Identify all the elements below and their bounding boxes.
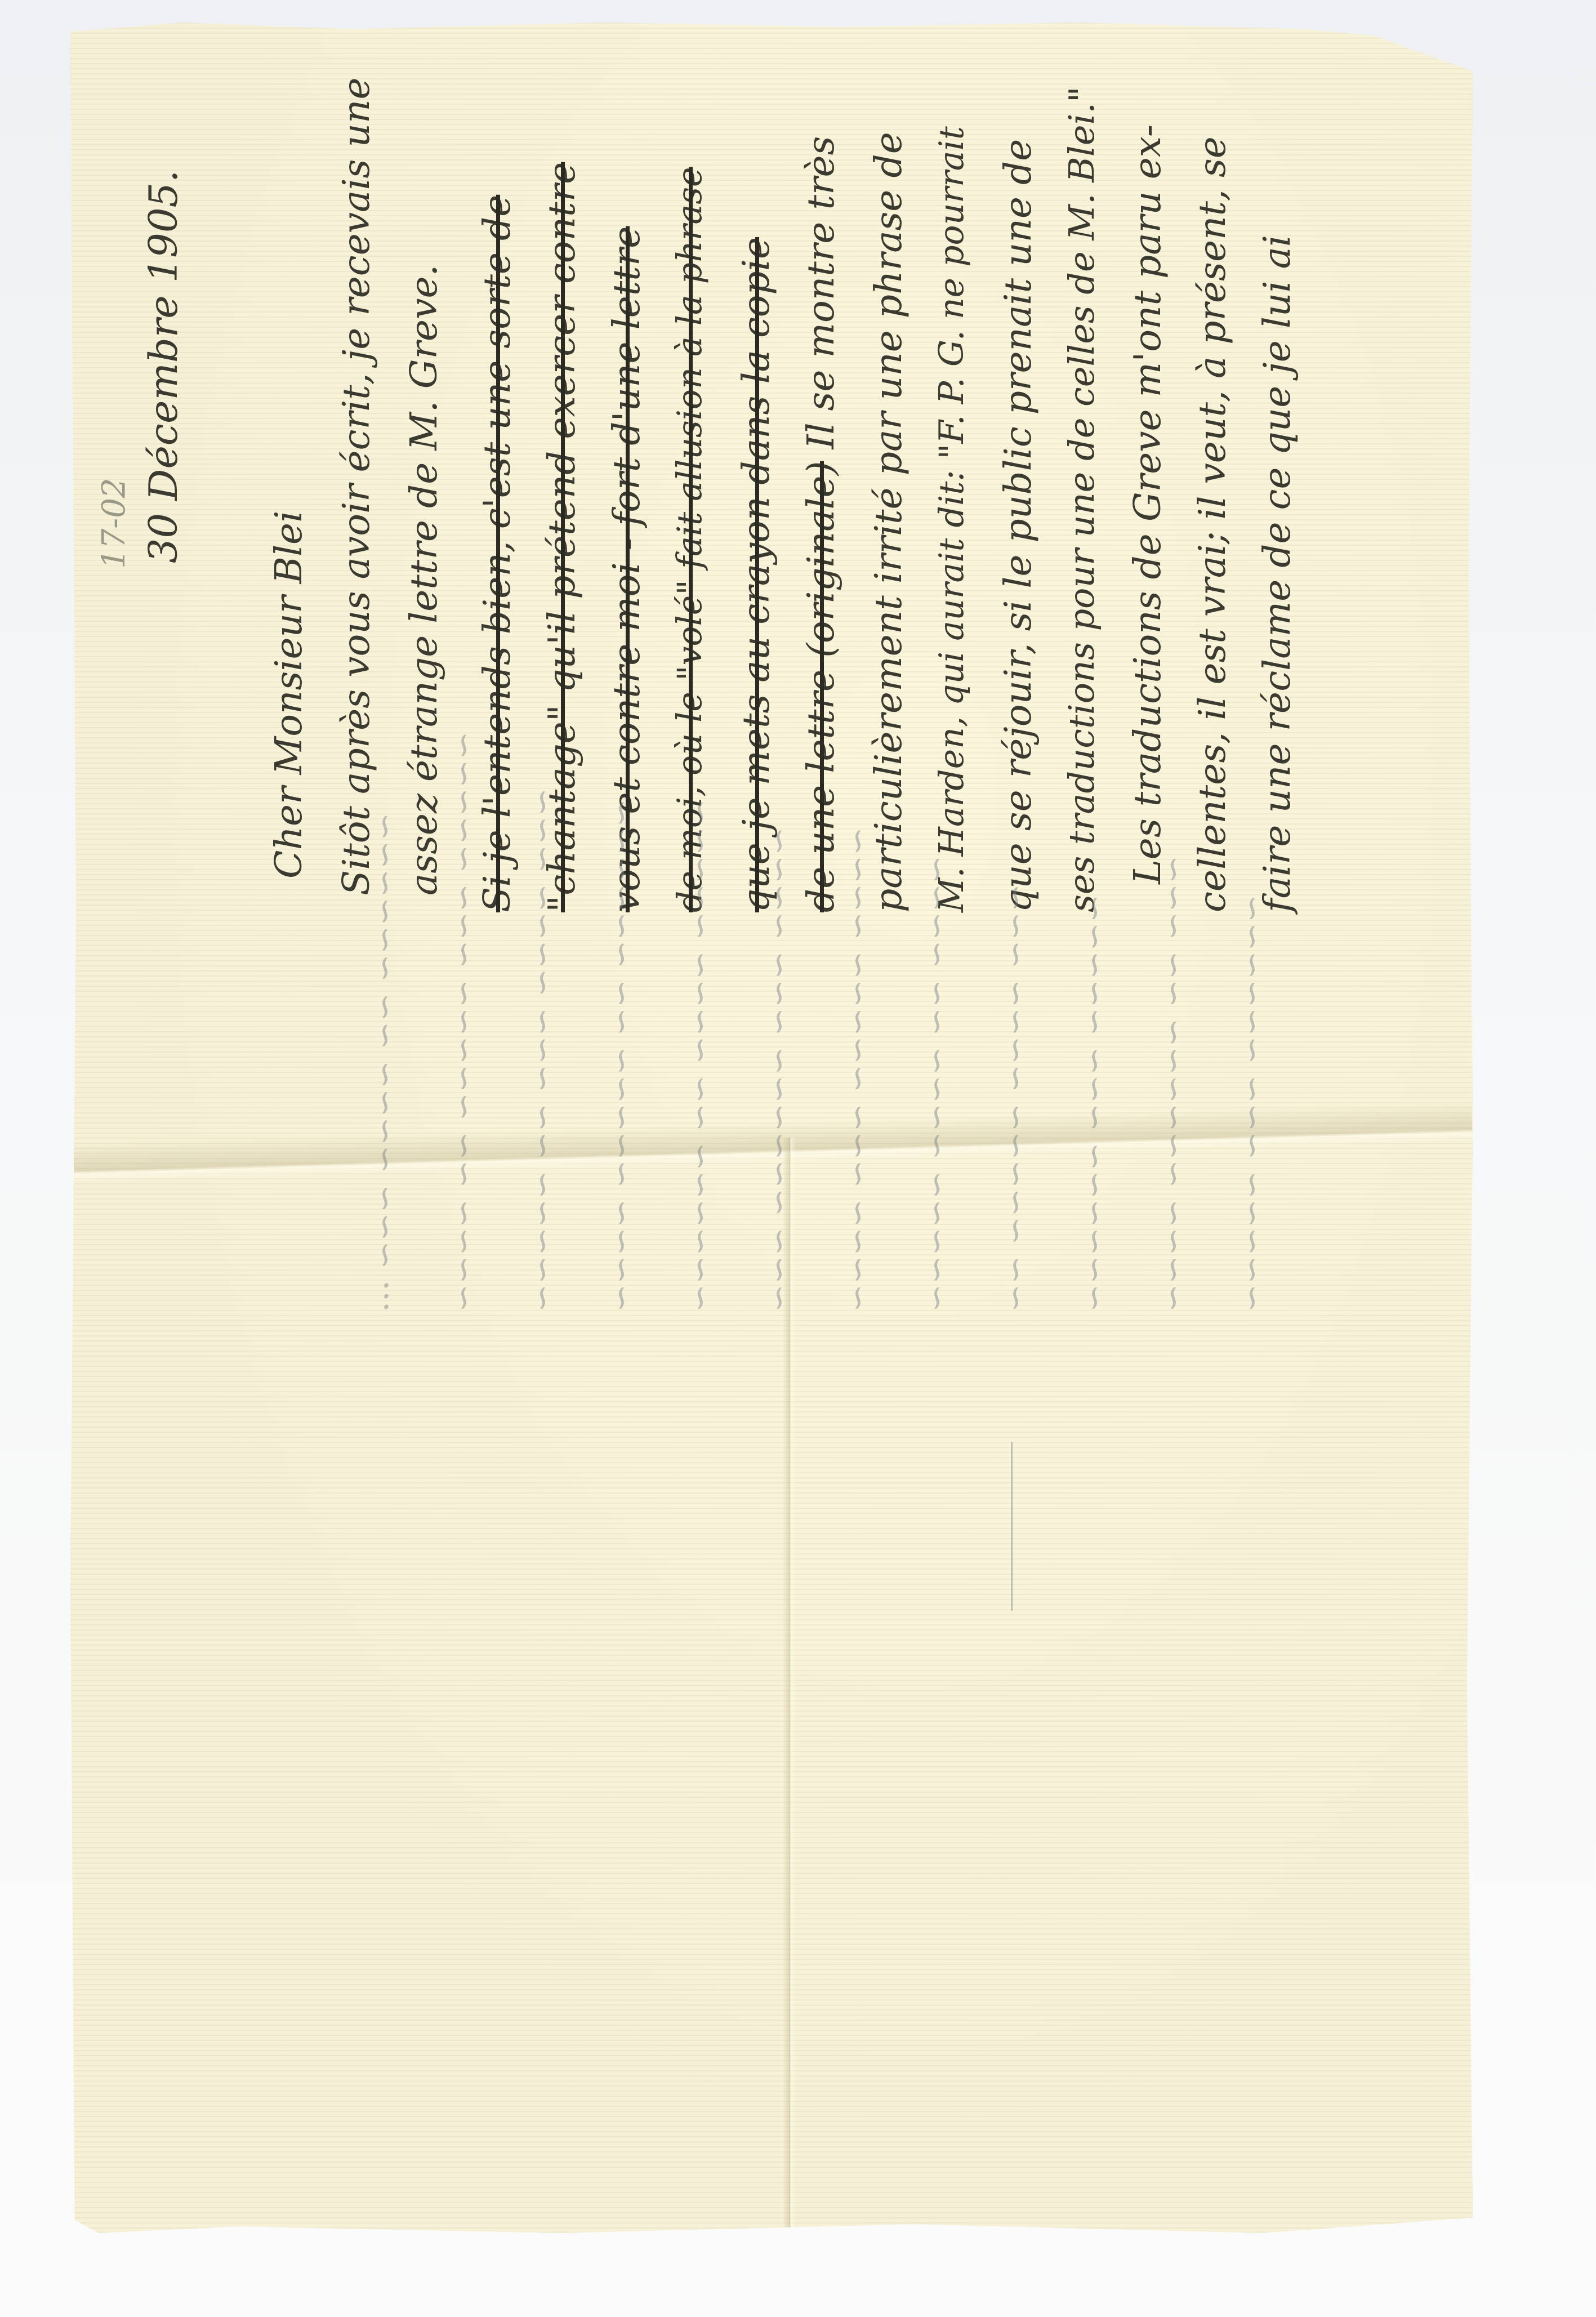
- body-line-2: assez étrange lettre de M. Greve.: [405, 265, 443, 895]
- body-line-4: M. Harden, qui aurait dit: "F. P. G. ne …: [935, 126, 969, 912]
- body-line-7: Les traductions de Greve m'ont paru ex-: [1129, 124, 1166, 884]
- struck-line-6: de une lettre (originale): [799, 461, 842, 912]
- body-line-mixed: de une lettre (originale) Il se montre t…: [803, 136, 840, 912]
- body-line-3: particulièrement irrité par une phrase d…: [870, 132, 907, 912]
- body-line-8: cellentes, il est vrai; il veut, à prése…: [1194, 136, 1231, 912]
- bleed-line: ~~~ ~~~~~~ ~~~ ~~~~: [760, 827, 800, 1312]
- body-line-6: ses traductions pour une de celles de M.…: [1064, 87, 1099, 912]
- body-line-5: que se réjouir, si le public prenait une…: [1000, 139, 1037, 912]
- bleed-line: ··· ~~~ ~~~~ ~~ ~~~~~~: [366, 812, 405, 1312]
- bleed-line: ~~~~~~ ~~ ~~~~ ~~~~~: [681, 799, 721, 1312]
- bleed-line: ~~~~ ~~~~~ ~~ ~~~~~~: [603, 799, 642, 1312]
- body-line-continuation: Il se montre très: [799, 136, 842, 461]
- archive-number: 17-02: [96, 478, 132, 569]
- body-line-1: Sitôt après vous avoir écrit, je recevai…: [338, 78, 375, 895]
- bleed-through-rule: [1011, 1442, 1013, 1611]
- bleed-line: ~~~~~ ~~~ ~~~~~~: [1233, 894, 1273, 1312]
- bleed-line: ~~~~~ ~~ ~~~ ~~~~ ~~~: [524, 788, 563, 1312]
- bleed-line: ~~~~~ ~~~~ ~~ ~~~~: [918, 855, 957, 1312]
- bleed-line: ~~~~~~ ~~~ ~~~~~: [1076, 894, 1115, 1312]
- bleed-line: ~~~~ ~~~~~~ ~~ ~~~: [1154, 855, 1194, 1312]
- salutation: Cher Monsieur Blei: [270, 511, 307, 879]
- bleed-line: ~~ ~~~~~ ~~~~ ~~~: [997, 884, 1036, 1312]
- bleed-line: ~~~~ ~~~ ~~~~~ ~~~~: [839, 827, 879, 1312]
- body-line-9: faire une réclame de ce que je lui ai: [1259, 235, 1296, 912]
- bleed-line: ~~~~ ~~ ~~~~~ ~~~ ~~~~~: [445, 732, 484, 1312]
- letter-date: 30 Décembre 1905.: [144, 170, 183, 563]
- struck-line-5: que je mets au crayon dans la copie: [738, 237, 775, 912]
